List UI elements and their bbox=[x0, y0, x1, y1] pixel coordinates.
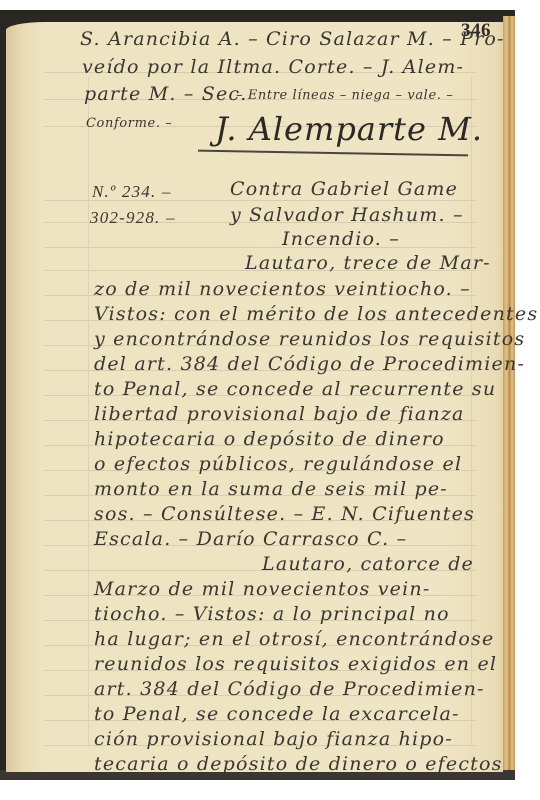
margin-note: – Entre líneas – niega – vale. – bbox=[236, 88, 453, 103]
body-line: hipotecaria o depósito de dinero bbox=[94, 428, 445, 450]
body-line: Vistos: con el mérito de los antecedente… bbox=[94, 303, 538, 325]
body-line: y encontrándose reunidos los requisitos bbox=[94, 328, 525, 350]
body-line: tiocho. – Vistos: a lo principal no bbox=[94, 603, 450, 625]
body-line: zo de mil novecientos veintiocho. – bbox=[94, 278, 471, 300]
margin-line-left bbox=[88, 77, 89, 747]
ruled-line bbox=[44, 247, 476, 248]
signature: J. Alemparte M. bbox=[215, 110, 483, 148]
body-line: to Penal, se concede la excarcela- bbox=[94, 703, 460, 725]
case-title-line-2: y Salvador Hashum. – bbox=[230, 204, 464, 226]
body-line: Escala. – Darío Carrasco C. – bbox=[94, 528, 407, 550]
case-number: N.º 234. – bbox=[92, 182, 172, 202]
body-line: art. 384 del Código de Procedimien- bbox=[94, 678, 485, 700]
body-line: to Penal, se concede al recurrente su bbox=[94, 378, 496, 400]
case-subject: Incendio. – bbox=[282, 228, 400, 250]
body-line: Lautaro, catorce de bbox=[262, 553, 474, 575]
file-number: 302-928. – bbox=[90, 208, 176, 228]
body-line: ha lugar; en el otrosí, encontrándose bbox=[94, 628, 494, 650]
body-line: libertad provisional bajo de fianza bbox=[94, 403, 465, 425]
body-line: monto en la suma de seis mil pe- bbox=[94, 478, 448, 500]
case-title-line-1: Contra Gabriel Game bbox=[230, 178, 458, 200]
body-line: o efectos públicos, regulándose el bbox=[94, 453, 462, 475]
body-line: tecaria o depósito de dinero o efectos bbox=[94, 753, 503, 775]
body-line: sos. – Consúltese. – E. N. Cifuentes bbox=[94, 503, 475, 525]
body-line: del art. 384 del Código de Procedimien- bbox=[94, 353, 525, 375]
header-line-3: parte M. – Sec. bbox=[84, 83, 248, 105]
body-line: Lautaro, trece de Mar- bbox=[245, 252, 491, 274]
body-line: reunidos los requisitos exigidos en el bbox=[94, 653, 497, 675]
header-line-2: veído por la Iltma. Corte. – J. Alem- bbox=[82, 56, 464, 78]
header-line-1: S. Arancibia A. – Ciro Salazar M. – Pro- bbox=[80, 28, 505, 50]
body-line: Marzo de mil novecientos vein- bbox=[94, 578, 430, 600]
body-line: ción provisional bajo fianza hipo- bbox=[94, 728, 453, 750]
page-edge bbox=[503, 16, 515, 778]
conforme-text: Conforme. – bbox=[86, 116, 172, 131]
